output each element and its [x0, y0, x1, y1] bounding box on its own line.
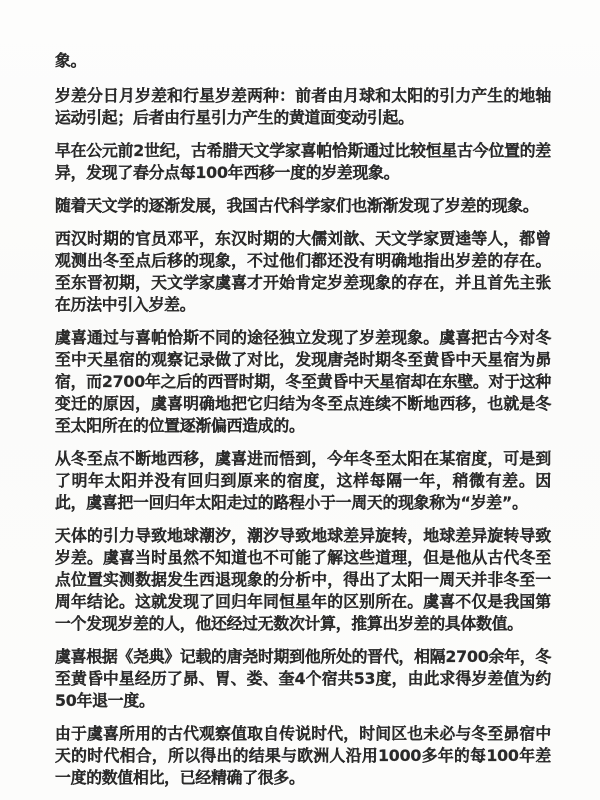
paragraph: 早在公元前2世纪，古希腊天文学家喜帕恰斯通过比较恒星古今位置的差异，发现了春分点… [55, 140, 551, 184]
paragraph-partial-tail: 象。 [55, 50, 551, 72]
paragraph: 岁差分日月岁差和行星岁差两种：前者由月球和太阳的引力产生的地轴运动引起；后者由行… [55, 85, 551, 129]
paragraph: 随着天文学的逐渐发展，我国古代科学家们也渐渐发现了岁差的现象。 [55, 195, 551, 217]
paragraph: 由于虞喜所用的古代观察值取自传说时代，时间区也未必与冬至昴宿中天的时代相合，所以… [55, 723, 551, 789]
paragraph: 天体的引力导致地球潮汐，潮汐导致地球差异旋转，地球差异旋转导致岁差。虞喜当时虽然… [55, 525, 551, 635]
paragraph: 虞喜通过与喜帕恰斯不同的途径独立发现了岁差现象。虞喜把古今对冬至中天星宿的观察记… [55, 327, 551, 437]
document-page: 象。 岁差分日月岁差和行星岁差两种：前者由月球和太阳的引力产生的地轴运动引起；后… [0, 0, 600, 800]
paragraph: 西汉时期的官员邓平，东汉时期的大儒刘歆、天文学家贾逵等人，都曾观测出冬至点后移的… [55, 228, 551, 316]
paragraph: 虞喜根据《尧典》记载的唐尧时期到他所处的晋代，相隔2700余年，冬至黄昏中星经历… [55, 646, 551, 712]
paragraph: 从冬至点不断地西移，虞喜进而悟到，今年冬至太阳在某宿度，可是到了明年太阳并没有回… [55, 448, 551, 514]
